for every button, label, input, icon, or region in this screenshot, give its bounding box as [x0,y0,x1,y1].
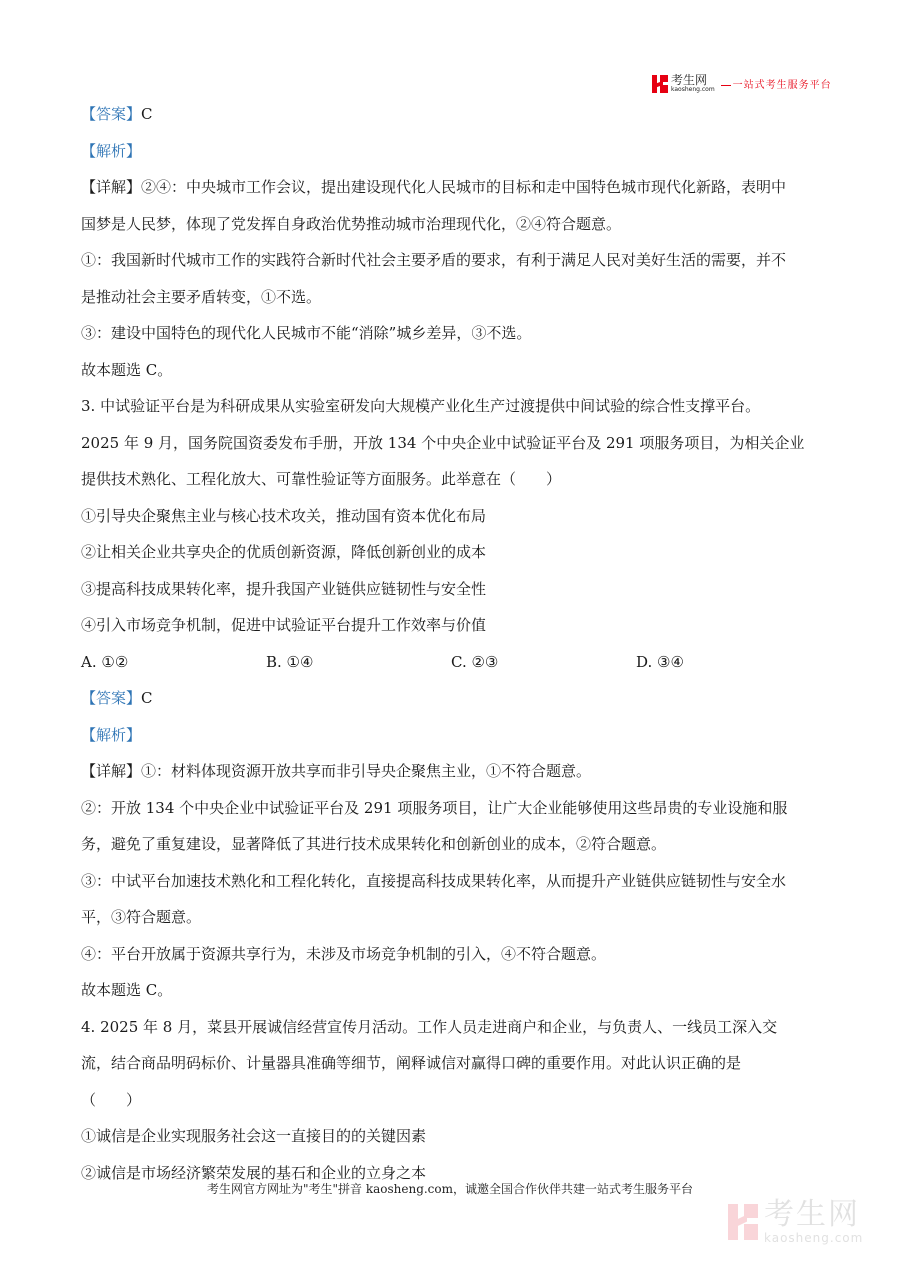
q3-detail-line: 务，避免了重复建设，显著降低了其进行技术成果转化和创新创业的成本，②符合题意。 [81,834,841,854]
q3-detail-line: ④：平台开放属于资源共享行为，未涉及市场竞争机制的引入，④不符合题意。 [81,944,841,964]
q3-stem-line: 提供技术熟化、工程化放大、可靠性验证等方面服务。此举意在（ ） [81,469,841,489]
q3-statement-1: ①引导央企聚焦主业与核心技术攻关，推动国有资本优化布局 [81,506,841,526]
q3-statement-3: ③提高科技成果转化率，提升我国产业链供应链韧性与安全性 [81,579,841,599]
q3-answer: 【答案】C [81,688,841,708]
q3-stem-line: 3. 中试验证平台是为科研成果从实验室研发向大规模产业化生产过渡提供中间试验的综… [81,396,841,416]
q3-options: A. ①② B. ①④ C. ②③ D. ③④ [81,652,841,672]
q2-conclusion: 故本题选 C。 [81,360,841,380]
header-logo: 考生网 kaosheng.com 一站式考生服务平台 [652,74,832,93]
kaosheng-logo-icon [652,75,668,93]
document-body: 【答案】C 【解析】 【详解】②④：中央城市工作会议，提出建设现代化人民城市的目… [81,104,841,1199]
q4-stem-line: （ ） [81,1090,841,1110]
q3-conclusion: 故本题选 C。 [81,980,841,1000]
logo-slogan: 一站式考生服务平台 [721,76,832,91]
q3-option-b: B. ①④ [266,652,451,672]
logo-text: 考生网 kaosheng.com [671,74,715,93]
q2-detail-line: 是推动社会主要矛盾转变，①不选。 [81,287,841,307]
q3-option-d: D. ③④ [636,652,821,672]
q2-detail-line: 国梦是人民梦，体现了党发挥自身政治优势推动城市治理现代化，②④符合题意。 [81,214,841,234]
q2-detail-line: 【详解】②④：中央城市工作会议，提出建设现代化人民城市的目标和走中国特色城市现代… [81,177,841,197]
q2-analysis-label: 【解析】 [81,141,841,161]
q3-statement-4: ④引入市场竞争机制，促进中试验证平台提升工作效率与价值 [81,615,841,635]
q3-detail-line: ③：中试平台加速技术熟化和工程化转化，直接提高科技成果转化率，从而提升产业链供应… [81,871,841,891]
q3-detail-line: 【详解】①：材料体现资源开放共享而非引导央企聚焦主业，①不符合题意。 [81,761,841,781]
q2-detail-line: ③：建设中国特色的现代化人民城市不能“消除”城乡差异，③不选。 [81,323,841,343]
q2-detail-line: ①：我国新时代城市工作的实践符合新时代社会主要矛盾的要求，有利于满足人民对美好生… [81,250,841,270]
watermark-logo: 考生网 kaosheng.com [728,1200,863,1244]
kaosheng-watermark-icon [728,1202,758,1242]
q3-stem-line: 2025 年 9 月，国务院国资委发布手册，开放 134 个中央企业中试验证平台… [81,433,841,453]
q3-option-a: A. ①② [81,652,266,672]
q3-statement-2: ②让相关企业共享央企的优质创新资源，降低创新创业的成本 [81,542,841,562]
watermark-text: 考生网 kaosheng.com [764,1200,863,1244]
logo-en: kaosheng.com [671,87,715,93]
q4-stem-line: 流，结合商品明码标价、计量器具准确等细节，阐释诚信对赢得口碑的重要作用。对此认识… [81,1053,841,1073]
q3-detail-line: ②：开放 134 个中央企业中试验证平台及 291 项服务项目，让广大企业能够使… [81,798,841,818]
q2-answer: 【答案】C [81,104,841,124]
q3-analysis-label: 【解析】 [81,725,841,745]
logo-cn: 考生网 [671,74,715,86]
q4-statement-1: ①诚信是企业实现服务社会这一直接目的的关键因素 [81,1126,841,1146]
q3-detail-line: 平，③符合题意。 [81,907,841,927]
q4-stem-line: 4. 2025 年 8 月，菜县开展诚信经营宣传月活动。工作人员走进商户和企业，… [81,1017,841,1037]
page-footer: 考生网官方网址为"考生"拼音 kaosheng.com，诚邀全国合作伙伴共建一站… [0,1180,900,1197]
q3-option-c: C. ②③ [451,652,636,672]
